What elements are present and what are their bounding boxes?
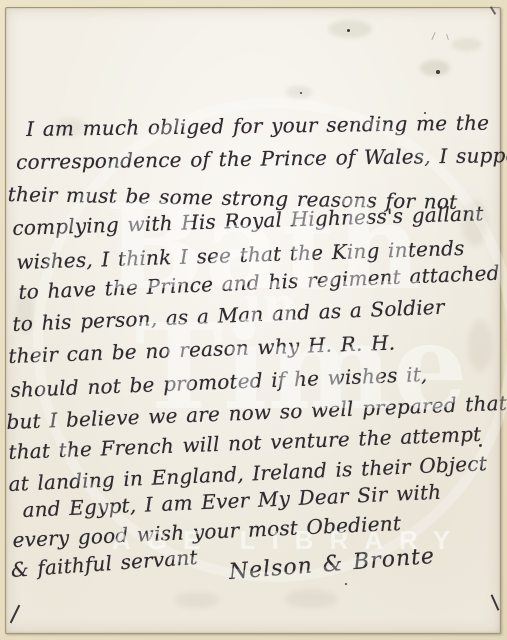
letter-photograph: I am much obliged for your sending me th…: [0, 0, 507, 640]
